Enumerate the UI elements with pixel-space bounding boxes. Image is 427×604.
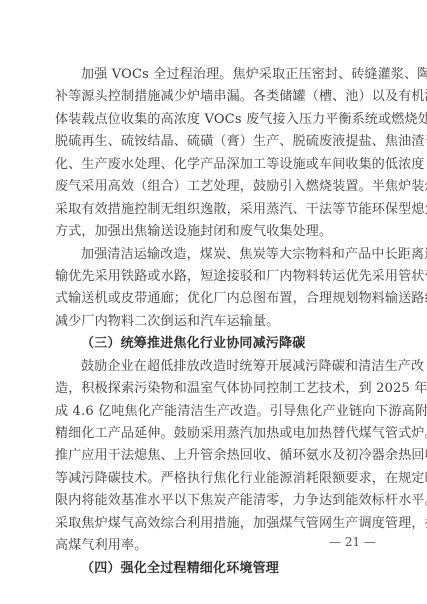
paragraph-line: 加强 VOCs 全过程治理。焦炉采取正压密封、砖缝灌浆、陶瓷焊 xyxy=(55,64,371,86)
paragraph-line: 体装载点位收集的高浓度 VOCs 废气接入压力平衡系统或燃烧处理； xyxy=(55,109,371,131)
paragraph-line: 补等源头控制措施减少炉墙串漏。各类储罐（槽、池）以及有机液 xyxy=(55,86,371,108)
paragraph-line: 限内将能效基准水平以下焦炭产能清零，力争达到能效标杆水平。 xyxy=(55,490,371,512)
paragraph-line: 等减污降碳技术。严格执行焦化行业能源消耗限额要求，在规定时 xyxy=(55,468,371,490)
paragraph-line: 方式，加强出焦输送设施封闭和废气收集处理。 xyxy=(55,221,371,243)
section-heading-4: （四）强化全过程精细化环境管理 xyxy=(55,558,371,580)
document-body: 加强 VOCs 全过程治理。焦炉采取正压密封、砖缝灌浆、陶瓷焊 补等源头控制措施… xyxy=(55,64,371,580)
paragraph-line: 加强清洁运输改造，煤炭、焦炭等大宗物料和产品中长距离运 xyxy=(55,244,371,266)
document-page: 加强 VOCs 全过程治理。焦炉采取正压密封、砖缝灌浆、陶瓷焊 补等源头控制措施… xyxy=(0,0,427,604)
paragraph-line: 采取焦炉煤气高效综合利用措施，加强煤气管网生产调度管理，提 xyxy=(55,513,371,535)
paragraph-line: 推广应用干法熄焦、上升管余热回收、循环氨水及初冷器余热回收 xyxy=(55,445,371,467)
paragraph-line: 精细化工产品延伸。鼓励采用蒸汽加热或电加热替代煤气管式炉。 xyxy=(55,423,371,445)
paragraph-line: 化、生产废水处理、化学产品深加工等设施或车间收集的低浓度 VOCs xyxy=(55,154,371,176)
paragraph-line: 高煤气利用率。 xyxy=(55,535,371,557)
page-number: — 21 — xyxy=(329,535,373,549)
paragraph-line: 脱硫再生、硫铵结晶、硫磺（膏）生产、脱硫废液提盐、焦油渣干 xyxy=(55,131,371,153)
paragraph-line: 鼓励企业在超低排放改造时统筹开展减污降碳和清洁生产改 xyxy=(55,356,371,378)
paragraph-line: 造，积极探索污染物和温室气体协同控制工艺技术，到 2025 年，完 xyxy=(55,378,371,400)
section-heading-3: （三）统筹推进焦化行业协同减污降碳 xyxy=(55,333,371,355)
paragraph-line: 废气采用高效（组合）工艺处理，鼓励引入燃烧装置。半焦炉装煤 xyxy=(55,176,371,198)
paragraph-line: 成 4.6 亿吨焦化产能清洁生产改造。引导焦化产业链向下游高附加值 xyxy=(55,401,371,423)
paragraph-line: 输优先采用铁路或水路，短途接驳和厂内物料转运优先采用管状带 xyxy=(55,266,371,288)
paragraph-line: 式输送机或皮带通廊；优化厂内总图布置，合理规划物料输送路线， xyxy=(55,288,371,310)
paragraph-line: 采取有效措施控制无组织逸散，采用蒸汽、干法等节能环保型熄焦 xyxy=(55,199,371,221)
paragraph-line: 减少厂内物料二次倒运和汽车运输量。 xyxy=(55,311,371,333)
